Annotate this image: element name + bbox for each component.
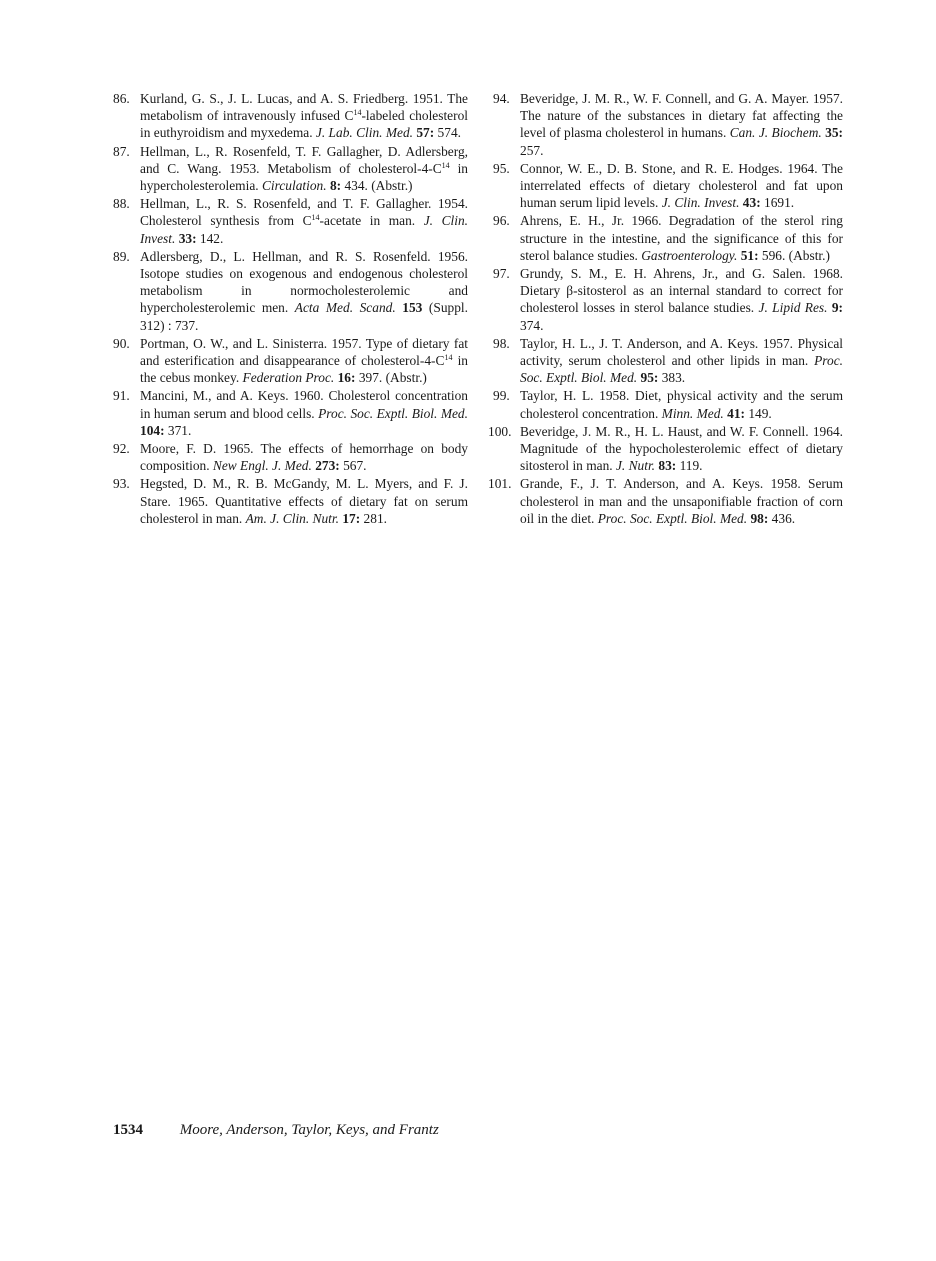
reference-number: 89. (113, 248, 130, 265)
reference-number: 93. (113, 475, 130, 492)
reference-entry: 89.Adlersberg, D., L. Hellman, and R. S.… (113, 248, 468, 334)
reference-number: 94. (493, 90, 510, 107)
reference-text: 436. (768, 511, 795, 526)
volume-number: 51: (741, 248, 759, 263)
page-number: 1534 (113, 1122, 176, 1139)
reference-text: 383. (658, 370, 685, 385)
reference-text: 374. (520, 318, 543, 333)
reference-entry: 87.Hellman, L., R. Rosenfeld, T. F. Gall… (113, 143, 468, 195)
reference-text: 574. (434, 125, 461, 140)
volume-number: 9: (832, 300, 843, 315)
journal-name: Circulation. (262, 178, 327, 193)
reference-number: 100. (488, 423, 511, 440)
journal-name: Minn. Med. (662, 406, 724, 421)
reference-number: 90. (113, 335, 130, 352)
volume-number: 95: (641, 370, 659, 385)
reference-text: 397. (Abstr.) (355, 370, 426, 385)
reference-text: 149. (745, 406, 772, 421)
reference-entry: 98.Taylor, H. L., J. T. Anderson, and A.… (488, 335, 843, 387)
reference-text: 567. (340, 458, 367, 473)
volume-number: 83: (658, 458, 676, 473)
volume-number: 57: (416, 125, 434, 140)
reference-entry: 92.Moore, F. D. 1965. The effects of hem… (113, 440, 468, 474)
volume-number: 273: (315, 458, 340, 473)
reference-entry: 93.Hegsted, D. M., R. B. McGandy, M. L. … (113, 475, 468, 527)
reference-number: 86. (113, 90, 130, 107)
reference-text: -acetate in man. (320, 213, 424, 228)
reference-number: 88. (113, 195, 130, 212)
journal-name: Am. J. Clin. Nutr. (246, 511, 339, 526)
reference-entry: 91.Mancini, M., and A. Keys. 1960. Chole… (113, 387, 468, 439)
reference-entry: 96.Ahrens, E. H., Jr. 1966. Degradation … (488, 212, 843, 264)
reference-entry: 97.Grundy, S. M., E. H. Ahrens, Jr., and… (488, 265, 843, 334)
running-head-authors: Moore, Anderson, Taylor, Keys, and Frant… (180, 1122, 439, 1138)
reference-text: 142. (197, 231, 224, 246)
reference-number: 96. (493, 212, 510, 229)
journal-name: J. Lipid Res. (759, 300, 828, 315)
reference-entry: 86.Kurland, G. S., J. L. Lucas, and A. S… (113, 90, 468, 142)
reference-text: 119. (676, 458, 702, 473)
journal-name: J. Lab. Clin. Med. (316, 125, 413, 140)
volume-number: 153 (402, 300, 422, 315)
reference-entry: 95.Connor, W. E., D. B. Stone, and R. E.… (488, 160, 843, 212)
reference-number: 91. (113, 387, 130, 404)
volume-number: 33: (179, 231, 197, 246)
reference-number: 95. (493, 160, 510, 177)
volume-number: 43: (743, 195, 761, 210)
reference-text: 596. (Abstr.) (759, 248, 830, 263)
volume-number: 98: (750, 511, 768, 526)
reference-text: 281. (360, 511, 387, 526)
journal-name: Acta Med. Scand. (295, 300, 396, 315)
reference-number: 101. (488, 475, 511, 492)
reference-entry: 100.Beveridge, J. M. R., H. L. Haust, an… (488, 423, 843, 475)
reference-text: Taylor, H. L., J. T. Anderson, and A. Ke… (520, 336, 843, 368)
journal-name: Gastroenterology. (641, 248, 737, 263)
reference-column-right: 94.Beveridge, J. M. R., W. F. Connell, a… (488, 90, 843, 528)
reference-number: 97. (493, 265, 510, 282)
volume-number: 17: (342, 511, 360, 526)
journal-name: J. Nutr. (616, 458, 655, 473)
reference-entry: 101.Grande, F., J. T. Anderson, and A. K… (488, 475, 843, 527)
isotope-superscript: 14 (312, 213, 320, 222)
journal-name: Proc. Soc. Exptl. Biol. Med. (598, 511, 747, 526)
reference-text: Portman, O. W., and L. Sinisterra. 1957.… (140, 336, 468, 368)
volume-number: 8: (330, 178, 341, 193)
reference-number: 87. (113, 143, 130, 160)
volume-number: 16: (338, 370, 356, 385)
isotope-superscript: 14 (442, 161, 450, 170)
reference-number: 92. (113, 440, 130, 457)
reference-text: 434. (Abstr.) (341, 178, 412, 193)
reference-text: Hellman, L., R. Rosenfeld, T. F. Gallagh… (140, 144, 468, 176)
reference-entry: 94.Beveridge, J. M. R., W. F. Connell, a… (488, 90, 843, 159)
reference-text: 257. (520, 143, 543, 158)
reference-number: 98. (493, 335, 510, 352)
journal-name: J. Clin. Invest. (662, 195, 740, 210)
journal-name: New Engl. J. Med. (213, 458, 312, 473)
reference-entry: 88.Hellman, L., R. S. Rosenfeld, and T. … (113, 195, 468, 247)
reference-entry: 99.Taylor, H. L. 1958. Diet, physical ac… (488, 387, 843, 421)
reference-column-left: 86.Kurland, G. S., J. L. Lucas, and A. S… (113, 90, 468, 528)
reference-number: 99. (493, 387, 510, 404)
journal-name: Proc. Soc. Exptl. Biol. Med. (318, 406, 468, 421)
volume-number: 104: (140, 423, 165, 438)
reference-text: 1691. (761, 195, 794, 210)
page-footer: 1534 Moore, Anderson, Taylor, Keys, and … (113, 1122, 439, 1139)
reference-text: 371. (165, 423, 192, 438)
journal-name: Can. J. Biochem. (730, 125, 822, 140)
volume-number: 41: (727, 406, 745, 421)
volume-number: 35: (825, 125, 843, 140)
journal-name: Federation Proc. (243, 370, 335, 385)
reference-entry: 90.Portman, O. W., and L. Sinisterra. 19… (113, 335, 468, 387)
